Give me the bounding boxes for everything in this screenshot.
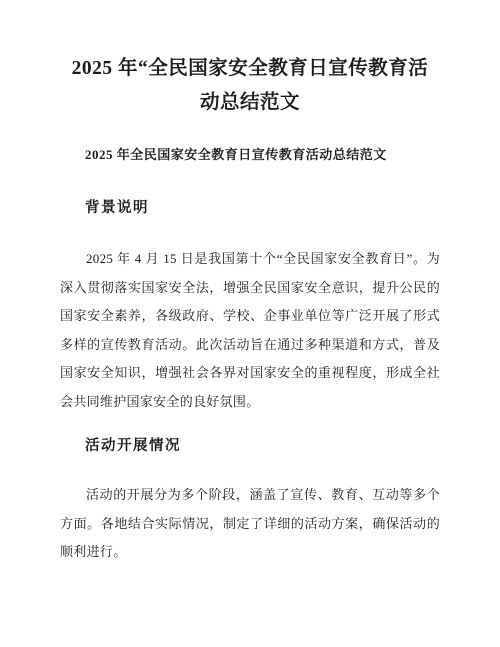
document-page: 2025 年“全民国家安全教育日宣传教育活 动总结范文 2025 年全民国家安全… [0,0,500,647]
document-subtitle: 2025 年全民国家安全教育日宣传教育活动总结范文 [60,146,440,164]
document-title-line-1: 2025 年“全民国家安全教育日宣传教育活 [60,52,440,86]
section-heading-background: 背景说明 [60,198,440,218]
document-title: 2025 年“全民国家安全教育日宣传教育活 动总结范文 [60,52,440,120]
paragraph-activities: 活动的开展分为多个阶段，涵盖了宣传、教育、互动等多个方面。各地结合实际情况，制定… [60,481,440,567]
paragraph-background: 2025 年 4 月 15 日是我国第十个“全民国家安全教育日”。为深入贯彻落实… [60,245,440,416]
section-heading-activities: 活动开展情况 [60,436,440,456]
document-title-line-2: 动总结范文 [60,86,440,120]
